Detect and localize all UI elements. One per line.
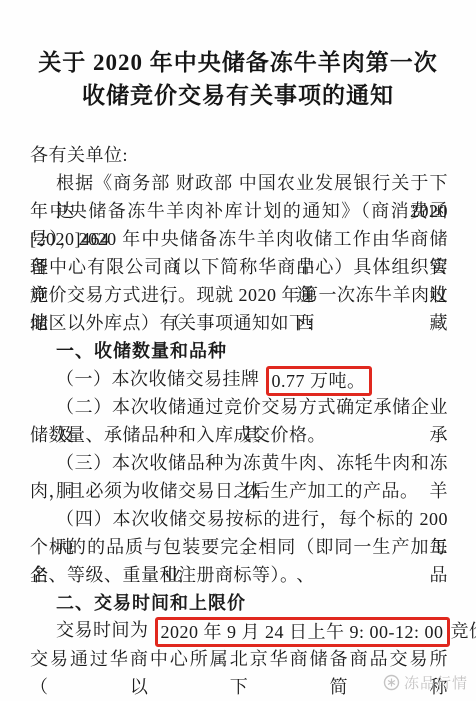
line-text: 交易时间为: [56, 620, 154, 640]
line-text: （一）本次收储交易挂牌: [56, 369, 265, 389]
document-line: 交易时间为 2020 年 9 月 24 日上午 9: 00-12: 00竞价: [30, 617, 448, 645]
document-line: （一）本次收储交易挂牌 0.77 万吨。: [30, 365, 448, 393]
document-line: （三）本次收储品种为冻黄牛肉、冻牦牛肉和冻胴体羊: [30, 449, 448, 477]
document-body: 各有关单位:根据《商务部 财政部 中国农业发展银行关于下达 2020年中央储备冻…: [30, 141, 448, 673]
red-highlight-box: 0.77 万吨。: [266, 366, 372, 396]
watermark: 冻品行情: [383, 672, 468, 693]
document-line: 理中心有限公司（以下简称华商中心）具体组织实施，通过: [30, 253, 448, 281]
document-line: 年中央储备冻牛羊肉补库计划的通知》（商消费函[2020]464: [30, 197, 448, 225]
section-heading: 一、收储数量和品种: [30, 337, 448, 365]
line-left-part: 交易时间为 2020 年 9 月 24 日上午 9: 00-12: 00: [56, 616, 451, 647]
document-line: （四）本次收储交易按标的进行，每个标的 200 吨。每: [30, 505, 448, 533]
watermark-label: 冻品行情: [404, 672, 468, 693]
line-text: 竞价: [451, 617, 476, 645]
page-title: 关于 2020 年中央储备冻牛羊肉第一次 收储竞价交易有关事项的通知: [0, 46, 476, 112]
document-line: 各有关单位:: [30, 141, 448, 169]
document-line: 肉，且必须为收储交易日之后生产加工的产品。: [30, 477, 448, 505]
document-line: 竞价交易方式进行。现就 2020 年第一次冻牛羊肉收储（西藏: [30, 281, 448, 309]
document-line: 根据《商务部 财政部 中国农业发展银行关于下达 2020: [30, 169, 448, 197]
document-line: （二）本次收储通过竞价交易方式确定承储企业及其承: [30, 393, 448, 421]
document-line: 号），2020 年中央储备冻牛羊肉收储工作由华商储备商品管: [30, 225, 448, 253]
document-line: 交易通过华商中心所属北京华商储备商品交易所（以下简称: [30, 645, 448, 673]
section-heading: 二、交易时间和上限价: [30, 589, 448, 617]
frozen-goods-logo-icon: [383, 674, 400, 691]
line-left-part: （一）本次收储交易挂牌 0.77 万吨。: [56, 369, 373, 389]
red-highlight-box: 2020 年 9 月 24 日上午 9: 00-12: 00: [155, 617, 450, 647]
title-line-2: 收储竞价交易有关事项的通知: [0, 79, 476, 112]
title-line-1: 关于 2020 年中央储备冻牛羊肉第一次: [0, 46, 476, 79]
document-line: 个标的的品质与包装要完全相同（即同一生产加工企业、品: [30, 533, 448, 561]
notice-document-page: 关于 2020 年中央储备冻牛羊肉第一次 收储竞价交易有关事项的通知 各有关单位…: [0, 0, 476, 701]
